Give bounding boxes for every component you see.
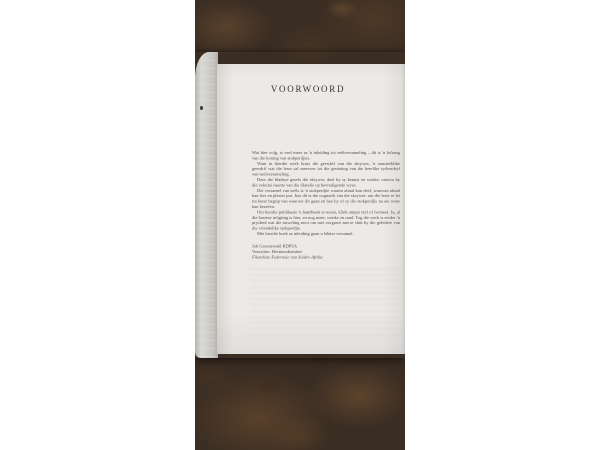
- signature-block: Joh Groenewald RDPSA Voorsitter: Bestuur…: [252, 243, 400, 260]
- book-photo: VOORWOORD Wat hier volg, is veel meer as…: [195, 0, 405, 450]
- foreword-paragraph: Want in hierdie werk bruis die geesdrif …: [252, 161, 400, 177]
- foreword-text: Wat hier volg, is veel meer as 'n inleid…: [252, 150, 400, 260]
- page-edge-streaks: [195, 52, 218, 358]
- page-edge-speck: [200, 106, 203, 110]
- signature-organisation: Filateliste Federasie van Suider-Afrika: [252, 254, 400, 260]
- foreword-page: VOORWOORD Wat hier volg, is veel meer as…: [217, 64, 405, 354]
- foreword-paragraph: Met hierdie boek as inleiding gaan u lek…: [252, 231, 400, 236]
- foreword-paragraph: Deur die bladsye gesels die skrywer, dee…: [252, 177, 400, 188]
- foreword-paragraph: Om hierdie publikasie 'n handboek te noe…: [252, 209, 400, 231]
- foreword-paragraph: Die versamel van seëls is 'n stokperdjie…: [252, 188, 400, 210]
- show-through-print: [249, 268, 401, 338]
- foreword-paragraph: Wat hier volg, is veel meer as 'n inleid…: [252, 150, 400, 161]
- page-title: VOORWOORD: [217, 84, 399, 94]
- left-page-edges: [195, 52, 218, 358]
- screenshot-canvas: VOORWOORD Wat hier volg, is veel meer as…: [0, 0, 600, 450]
- open-book: VOORWOORD Wat hier volg, is veel meer as…: [195, 52, 405, 358]
